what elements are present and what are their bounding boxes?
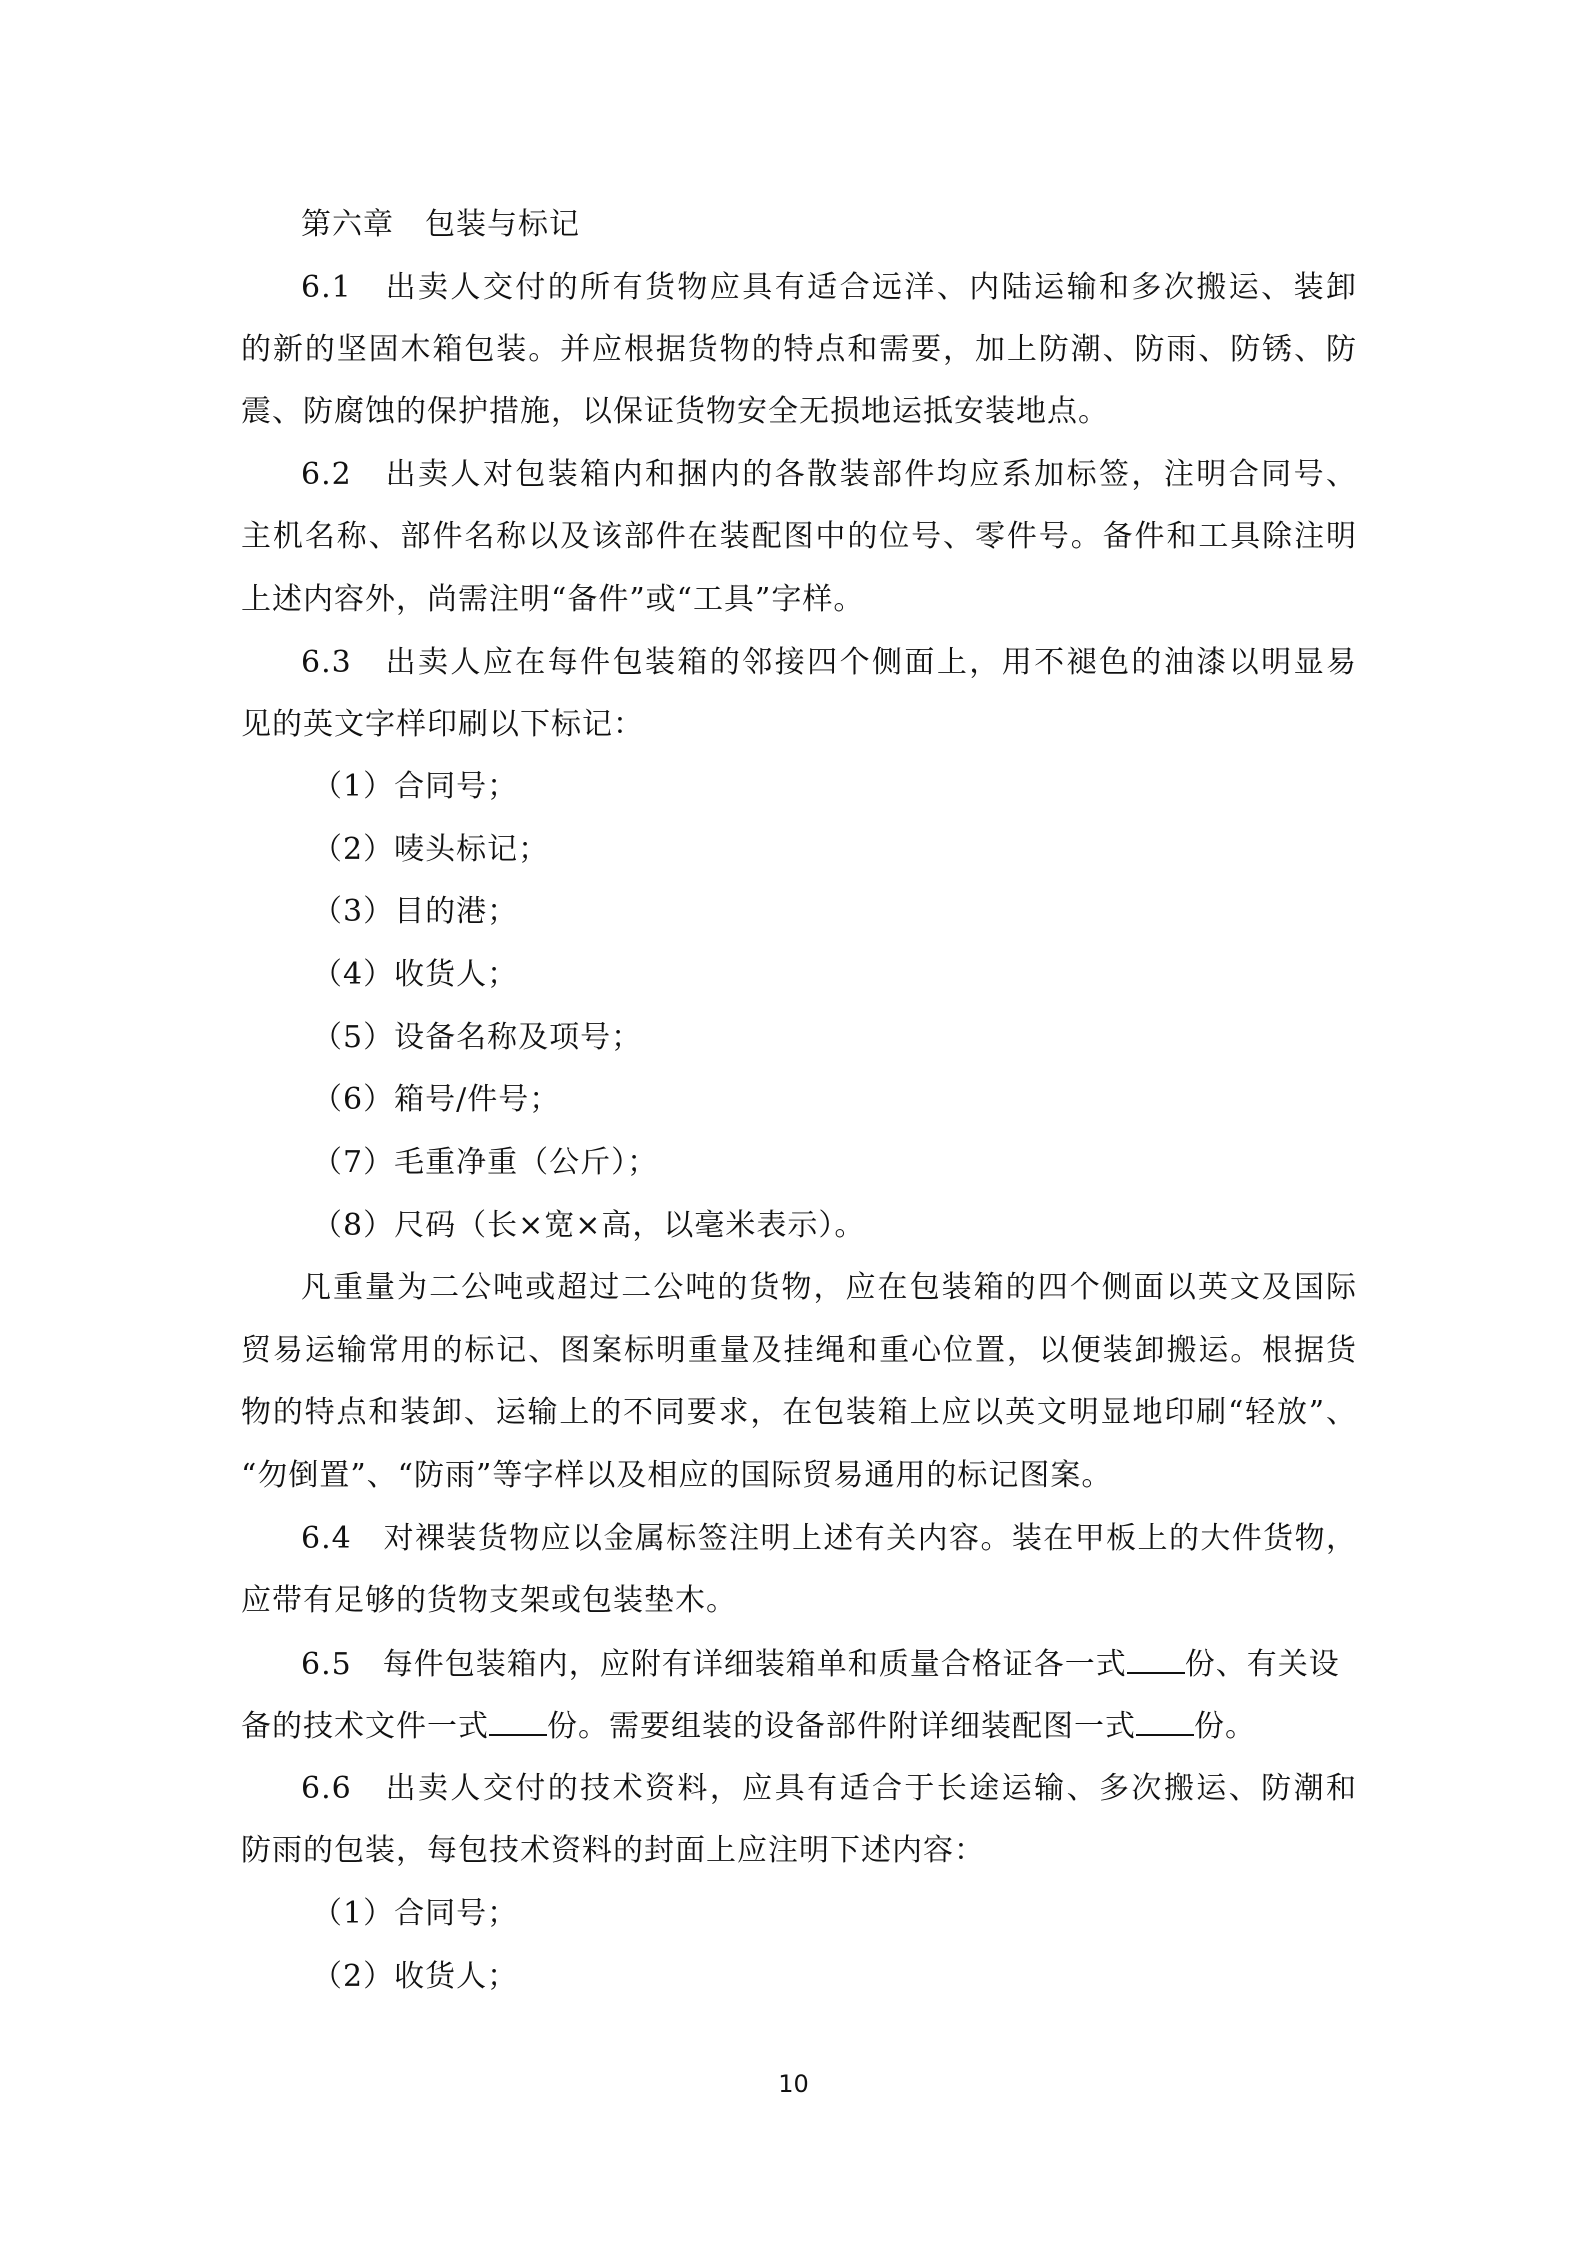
page-number: 10 (0, 2070, 1587, 2098)
marking-item-4: （4）收货人； (312, 955, 1428, 995)
marking-item-8: （8）尺码（长×宽×高，以毫米表示）。 (312, 1206, 1428, 1246)
tech-doc-item-2: （2）收货人； (312, 1957, 1428, 1997)
section-number: 6.4 (301, 1521, 352, 1556)
document-page: 第六章 包装与标记 6.1 出卖人交付的所有货物应具有适合远洋、内陆运输和多次搬… (0, 0, 1587, 2245)
section-6-4-line-1: 6.4 对裸装货物应以金属标签注明上述有关内容。装在甲板上的大件货物， (301, 1519, 1357, 1559)
section-6-6-line-1: 6.6 出卖人交付的技术资料，应具有适合于长途运输、多次搬运、防潮和 (301, 1769, 1357, 1809)
section-6-5-line-1: 6.5 每件包装箱内，应附有详细装箱单和质量合格证各一式份、有关设 (301, 1644, 1417, 1685)
marking-item-2: （2）唛头标记； (312, 830, 1428, 870)
section-6-2-line-2: 主机名称、部件名称以及该部件在装配图中的位号、零件号。备件和工具除注明 (241, 517, 1357, 557)
heavy-cargo-line-4: “勿倒置”、“防雨”等字样以及相应的国际贸易通用的标记图案。 (241, 1456, 1357, 1496)
section-6-2-line-3: 上述内容外，尚需注明“备件”或“工具”字样。 (241, 580, 1357, 620)
section-number: 6.5 (301, 1647, 352, 1682)
section-number: 6.2 (301, 457, 352, 492)
chapter-heading: 第六章 包装与标记 (301, 205, 1417, 245)
section-6-1-line-2: 的新的坚固木箱包装。并应根据货物的特点和需要，加上防潮、防雨、防锈、防 (241, 330, 1357, 370)
heavy-cargo-line-2: 贸易运输常用的标记、图案标明重量及挂绳和重心位置，以便装卸搬运。根据货 (241, 1331, 1357, 1371)
marking-item-6: （6）箱号/件号； (312, 1080, 1428, 1120)
copies-blank-3[interactable] (1136, 1706, 1194, 1736)
copies-blank-1[interactable] (1127, 1644, 1185, 1674)
section-6-2-line-1: 6.2 出卖人对包装箱内和捆内的各散装部件均应系加标签，注明合同号、 (301, 455, 1357, 495)
copies-blank-2[interactable] (489, 1706, 547, 1736)
section-number: 6.3 (301, 645, 352, 680)
heavy-cargo-line-1: 凡重量为二公吨或超过二公吨的货物，应在包装箱的四个侧面以英文及国际 (301, 1268, 1357, 1308)
section-6-6-line-2: 防雨的包装，每包技术资料的封面上应注明下述内容： (241, 1831, 1357, 1871)
section-6-4-line-2: 应带有足够的货物支架或包装垫木。 (241, 1581, 1357, 1621)
section-6-3-line-1: 6.3 出卖人应在每件包装箱的邻接四个侧面上，用不褪色的油漆以明显易 (301, 643, 1357, 683)
chapter-number: 第六章 (301, 207, 394, 242)
section-6-3-line-2: 见的英文字样印刷以下标记： (241, 705, 1357, 745)
section-6-1-line-3: 震、防腐蚀的保护措施，以保证货物安全无损地运抵安装地点。 (241, 392, 1357, 432)
chapter-title: 包装与标记 (425, 207, 580, 242)
section-6-5-line-2: 备的技术文件一式份。需要组装的设备部件附详细装配图一式份。 (241, 1706, 1357, 1747)
marking-item-3: （3）目的港； (312, 892, 1428, 932)
section-6-1-line-1: 6.1 出卖人交付的所有货物应具有适合远洋、内陆运输和多次搬运、装卸 (301, 268, 1357, 308)
marking-item-1: （1）合同号； (312, 767, 1428, 807)
marking-item-7: （7）毛重净重（公斤）； (312, 1143, 1428, 1183)
section-number: 6.6 (301, 1771, 352, 1806)
marking-item-5: （5）设备名称及项号； (312, 1018, 1428, 1058)
heavy-cargo-line-3: 物的特点和装卸、运输上的不同要求，在包装箱上应以英文明显地印刷“轻放”、 (241, 1393, 1357, 1433)
section-number: 6.1 (301, 270, 352, 305)
tech-doc-item-1: （1）合同号； (312, 1894, 1428, 1934)
